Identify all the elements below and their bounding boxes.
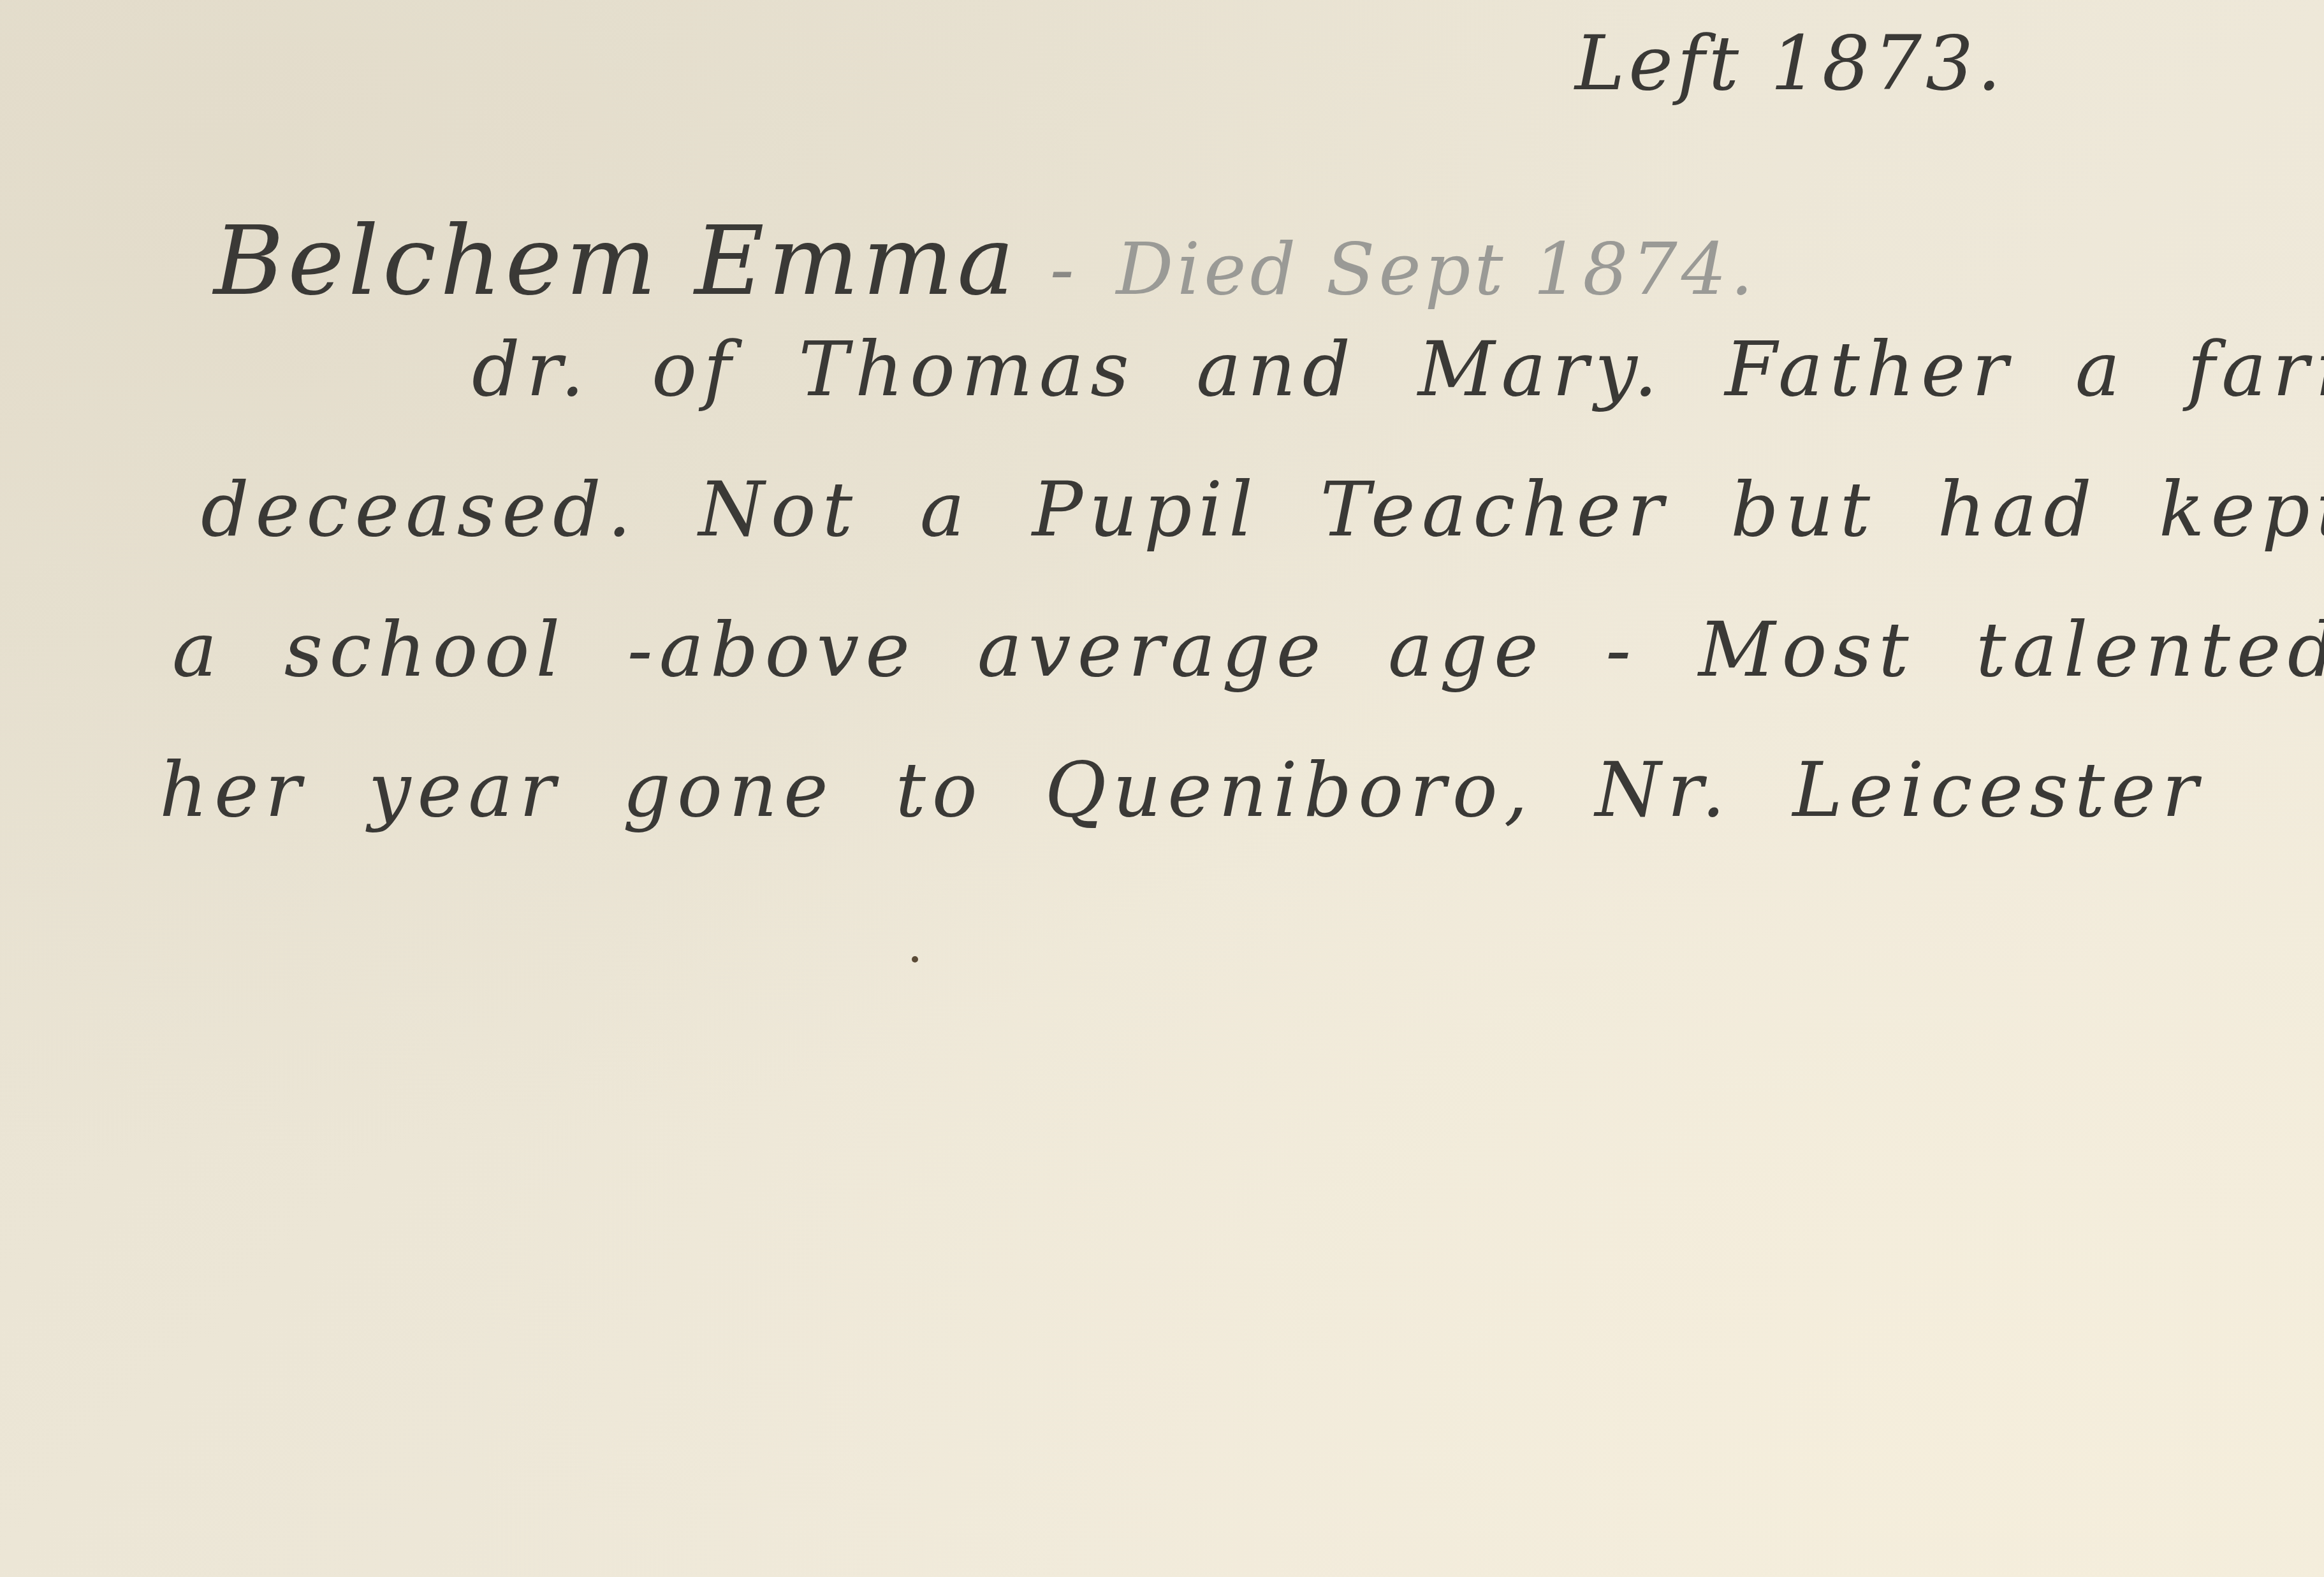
entry-text-line: her year gone to Queniboro, Nr. Leiceste… <box>159 752 2205 827</box>
name-separator: - <box>1050 228 1078 311</box>
entry-name-line: Belchem Emma-Died Sept 1874. <box>214 214 1757 309</box>
death-annotation: Died Sept 1874. <box>1116 228 1757 311</box>
header-date: Left 1873. <box>1575 25 2005 101</box>
entry-name: Belchem Emma <box>214 206 1018 317</box>
document-page: Left 1873. Belchem Emma-Died Sept 1874. … <box>0 0 2324 1577</box>
entry-text-line: deceased. Not a Pupil Teacher but had ke… <box>201 472 2324 547</box>
entry-text-line: a school -above average age - Most talen… <box>172 612 2324 687</box>
ink-speck <box>912 956 918 963</box>
entry-text-line: dr. of Thomas and Mary. Father a farmer … <box>472 331 2324 407</box>
